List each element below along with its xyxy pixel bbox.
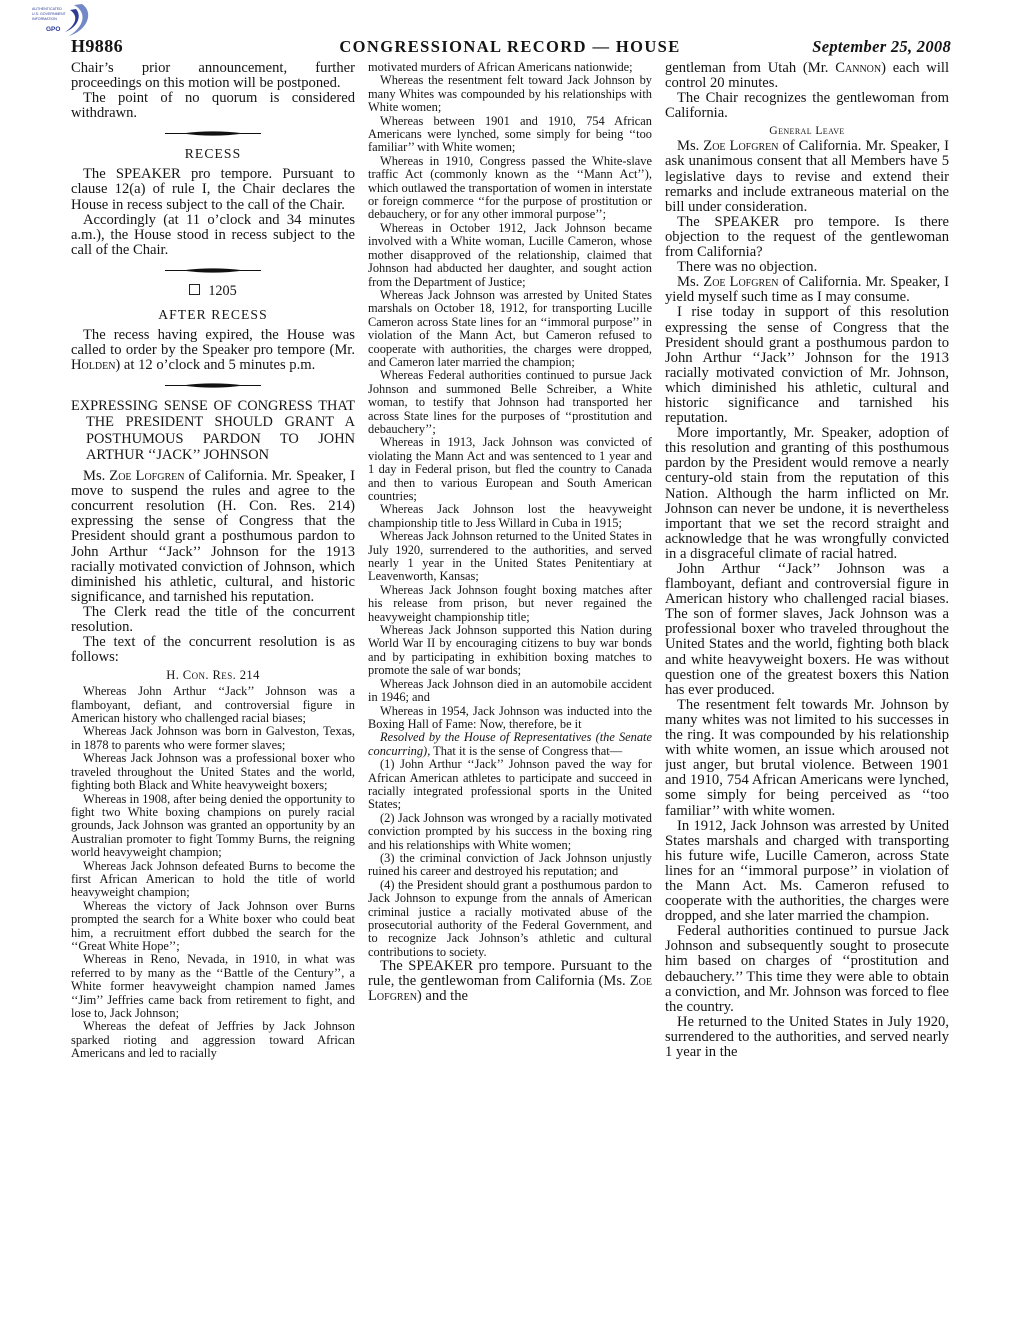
paragraph: Whereas in October 1912, Jack Johnson be… [368,222,652,289]
column-1: Chair’s prior announcement, further proc… [71,61,355,1233]
paragraph: Ms. Zoe Lofgren of California. Mr. Speak… [665,275,949,305]
paragraph: Whereas Jack Johnson died in an automobi… [368,678,652,705]
measure-title: EXPRESSING SENSE OF CONGRESS THAT THE PR… [71,398,355,463]
separator-rule-icon [165,130,261,137]
seal-gpo-label: GPO [46,26,60,33]
paragraph: Whereas Jack Johnson supported this Nati… [368,624,652,678]
paragraph: The SPEAKER pro tempore. Pursuant to the… [368,959,652,1004]
separator-rule-icon [165,267,261,274]
resolution-number: H. Con. Res. 214 [71,668,355,683]
seal-text-line: AUTHENTICATED [32,7,62,11]
paragraph: Whereas the victory of Jack Johnson over… [71,900,355,954]
seal-text-line: INFORMATION [32,17,57,21]
paragraph: Whereas Jack Johnson lost the heavyweigh… [368,503,652,530]
paragraph: Whereas Jack Johnson was arrested by Uni… [368,289,652,369]
paragraph: Whereas in 1910, Congress passed the Whi… [368,155,652,222]
paragraph: Whereas Jack Johnson was a professional … [71,752,355,792]
text-run: The recess having expired, the House was… [71,327,355,358]
paragraph: (4) the President should grant a posthum… [368,879,652,959]
timestamp-value: 1205 [208,283,236,299]
paragraph: Whereas in Reno, Nevada, in 1910, in wha… [71,953,355,1020]
paragraph: The SPEAKER pro tempore. Pursuant to cla… [71,167,355,212]
text-run: gentleman from Utah (Mr. [665,61,835,76]
paragraph: Whereas Jack Johnson was born in Galvest… [71,725,355,752]
paragraph: He returned to the United States in July… [665,1015,949,1060]
text-run: ) at 12 o’clock and 5 minutes p.m. [115,357,315,373]
paragraph: (1) John Arthur ‘‘Jack’’ Johnson paved t… [368,758,652,812]
member-name: Cannon [835,61,881,76]
paragraph: The text of the concurrent resolution is… [71,635,355,665]
paragraph: Whereas John Arthur ‘‘Jack’’ Johnson was… [71,685,355,725]
page-header: AUTHENTICATED U.S. GOVERNMENT INFORMATIO… [0,0,1020,58]
paragraph: Whereas in 1954, Jack Johnson was induct… [368,705,652,732]
paragraph: The recess having expired, the House was… [71,328,355,373]
time-box-icon [189,284,200,295]
paragraph: John Arthur ‘‘Jack’’ Johnson was a flamb… [665,562,949,698]
paragraph: (2) Jack Johnson was wronged by a racial… [368,812,652,852]
paragraph: The SPEAKER pro tempore. Is there object… [665,215,949,260]
paragraph: The Clerk read the title of the concurre… [71,605,355,635]
text-run: The SPEAKER pro tempore. Pursuant to the… [368,958,652,989]
paragraph: I rise today in support of this resoluti… [665,305,949,426]
member-name: Zoe Lofgren [109,468,184,484]
columns: Chair’s prior announcement, further proc… [71,61,951,1233]
paragraph: More importantly, Mr. Speaker, adoption … [665,426,949,562]
paragraph: Whereas Jack Johnson returned to the Uni… [368,530,652,584]
member-name: Zoe Lofgren [703,274,778,290]
column-3: gentleman from Utah (Mr. Cannon) each wi… [665,61,949,1233]
paragraph: Whereas the resentment felt toward Jack … [368,74,652,114]
paragraph: Whereas Jack Johnson fought boxing match… [368,584,652,624]
text-run: Ms. [83,468,109,484]
paragraph: Resolved by the House of Representatives… [368,731,652,758]
congressional-record-page: AUTHENTICATED U.S. GOVERNMENT INFORMATIO… [0,0,1020,1320]
record-date: September 25, 2008 [812,37,951,57]
separator-rule-icon [165,382,261,389]
paragraph: The resentment felt towards Mr. Johnson … [665,698,949,819]
section-separator [71,267,355,274]
paragraph: Whereas between 1901 and 1910, 754 Afric… [368,115,652,155]
text-run: Ms. [677,138,703,154]
text-run: That it is the sense of Congress that— [430,744,622,758]
seal-text-line: U.S. GOVERNMENT [32,12,67,16]
text-run: of California. Mr. Speaker, I move to su… [71,468,355,605]
text-run: ) and the [417,988,468,1004]
paragraph: Whereas Jack Johnson defeated Burns to b… [71,860,355,900]
section-heading: RECESS [71,146,355,162]
paragraph: There was no objection. [665,260,949,275]
paragraph: Ms. Zoe Lofgren of California. Mr. Speak… [71,469,355,605]
column-2: motivated murders of African Americans n… [368,61,652,1233]
member-name: Holden [71,357,115,373]
paragraph: Whereas the defeat of Jeffries by Jack J… [71,1020,355,1060]
paragraph: The point of no quorum is considered wit… [71,91,355,121]
text-run: Ms. [677,274,703,290]
section-separator [71,382,355,389]
paragraph: motivated murders of African Americans n… [368,61,652,74]
paragraph: Ms. Zoe Lofgren of California. Mr. Speak… [665,139,949,214]
paragraph: Whereas in 1908, after being denied the … [71,793,355,860]
member-name: Zoe Lofgren [703,138,778,154]
paragraph: Whereas in 1913, Jack Johnson was convic… [368,436,652,503]
section-separator [71,130,355,137]
paragraph: The Chair recognizes the gentlewoman fro… [665,91,949,121]
timestamp-marker: 1205 [71,283,355,300]
paragraph: Accordingly (at 11 o’clock and 34 minute… [71,213,355,258]
paragraph: Chair’s prior announcement, further proc… [71,61,355,91]
paragraph: In 1912, Jack Johnson was arrested by Un… [665,819,949,925]
section-heading: AFTER RECESS [71,307,355,323]
paragraph: gentleman from Utah (Mr. Cannon) each wi… [665,61,949,91]
paragraph: Federal authorities continued to pursue … [665,924,949,1015]
paragraph: Whereas Federal authorities continued to… [368,369,652,436]
general-leave-heading: General Leave [665,124,949,137]
paragraph: (3) the criminal conviction of Jack John… [368,852,652,879]
